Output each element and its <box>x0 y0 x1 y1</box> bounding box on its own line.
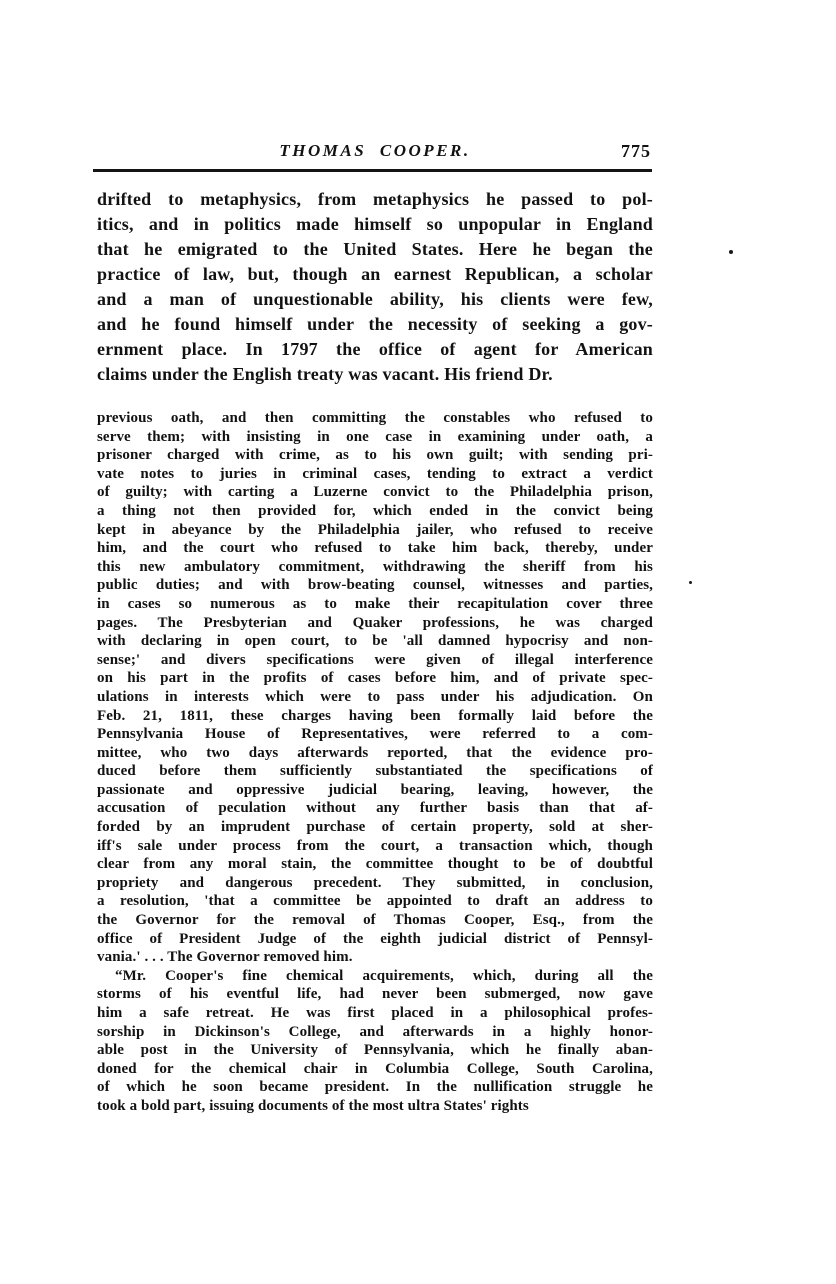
text-line: office of President Judge of the eighth … <box>97 930 653 949</box>
text-line: propriety and dangerous precedent. They … <box>97 874 653 893</box>
text-line: itics, and in politics made himself so u… <box>97 212 653 237</box>
text-line: passionate and oppressive judicial beari… <box>97 781 653 800</box>
text-line: prisoner charged with crime, as to his o… <box>97 446 653 465</box>
text-line: vania.' . . . The Governor removed him. <box>97 948 653 967</box>
text-line: sorship in Dickinson's College, and afte… <box>97 1023 653 1042</box>
scan-speck <box>729 250 733 254</box>
text-line: Pennsylvania House of Representatives, w… <box>97 725 653 744</box>
text-line: on his part in the profits of cases befo… <box>97 669 653 688</box>
text-line: pages. The Presbyterian and Quaker profe… <box>97 614 653 633</box>
text-line: a resolution, 'that a committee be appoi… <box>97 892 653 911</box>
text-line: “Mr. Cooper's fine chemical acquirements… <box>97 967 653 986</box>
text-line: vate notes to juries in criminal cases, … <box>97 465 653 484</box>
text-line: him, and the court who refused to take h… <box>97 539 653 558</box>
text-line: doned for the chemical chair in Columbia… <box>97 1060 653 1079</box>
text-line: claims under the English treaty was vaca… <box>97 362 653 387</box>
text-line: the Governor for the removal of Thomas C… <box>97 911 653 930</box>
running-head: THOMAS COOPER. 775 <box>97 141 653 167</box>
footnote-paragraph: “Mr. Cooper's fine chemical acquirements… <box>97 967 653 1116</box>
text-line: accusation of peculation without any fur… <box>97 799 653 818</box>
text-line: clear from any moral stain, the committe… <box>97 855 653 874</box>
text-line: public duties; and with brow-beating cou… <box>97 576 653 595</box>
page-number: 775 <box>621 141 651 162</box>
text-line: him a safe retreat. He was first placed … <box>97 1004 653 1023</box>
text-line: Feb. 21, 1811, these charges having been… <box>97 707 653 726</box>
text-line: took a bold part, issuing documents of t… <box>97 1097 653 1116</box>
text-line: ulations in interests which were to pass… <box>97 688 653 707</box>
text-line: forded by an imprudent purchase of certa… <box>97 818 653 837</box>
text-line: that he emigrated to the United States. … <box>97 237 653 262</box>
text-line: a thing not then provided for, which end… <box>97 502 653 521</box>
text-line: this new ambulatory commitment, withdraw… <box>97 558 653 577</box>
text-line: of which he soon became president. In th… <box>97 1078 653 1097</box>
text-line: and a man of unquestionable ability, his… <box>97 287 653 312</box>
text-line: sense;' and divers specifications were g… <box>97 651 653 670</box>
text-line: able post in the University of Pennsylva… <box>97 1041 653 1060</box>
book-page: THOMAS COOPER. 775 drifted to metaphysic… <box>0 0 836 1284</box>
text-line: mittee, who two days afterwards reported… <box>97 744 653 763</box>
text-line: drifted to metaphysics, from metaphysics… <box>97 187 653 212</box>
footnote-paragraph: previous oath, and then committing the c… <box>97 409 653 967</box>
header-rule <box>93 169 652 172</box>
text-line: previous oath, and then committing the c… <box>97 409 653 428</box>
footnote-block: previous oath, and then committing the c… <box>97 409 653 1116</box>
text-line: and he found himself under the necessity… <box>97 312 653 337</box>
text-line: serve them; with insisting in one case i… <box>97 428 653 447</box>
text-line: of guilty; with carting a Luzerne convic… <box>97 483 653 502</box>
text-line: iff's sale under process from the court,… <box>97 837 653 856</box>
text-line: kept in abeyance by the Philadelphia jai… <box>97 521 653 540</box>
text-line: duced before them sufficiently substanti… <box>97 762 653 781</box>
text-line: storms of his eventful life, had never b… <box>97 985 653 1004</box>
text-line: with declaring in open court, to be 'all… <box>97 632 653 651</box>
text-line: practice of law, but, though an earnest … <box>97 262 653 287</box>
page-title: THOMAS COOPER. <box>97 141 653 161</box>
text-line: ernment place. In 1797 the office of age… <box>97 337 653 362</box>
main-paragraph: drifted to metaphysics, from metaphysics… <box>97 187 653 387</box>
text-line: in cases so numerous as to make their re… <box>97 595 653 614</box>
scan-speck <box>689 581 692 584</box>
